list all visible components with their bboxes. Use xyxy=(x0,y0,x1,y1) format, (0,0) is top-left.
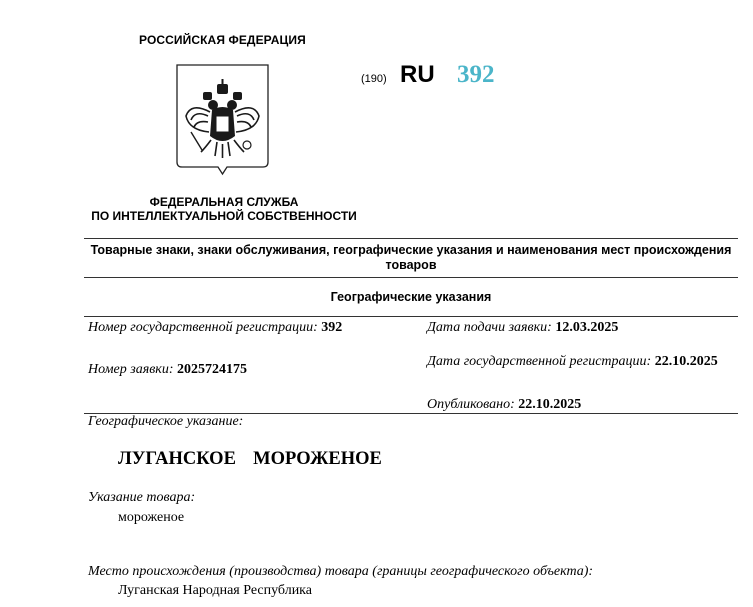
field-value: 22.10.2025 xyxy=(518,397,581,412)
field-label: Дата подачи заявки: xyxy=(427,320,552,335)
divider xyxy=(84,277,738,278)
agency-line-1: ФЕДЕРАЛЬНАЯ СЛУЖБА xyxy=(84,195,364,209)
application-number-field: Номер заявки: 2025724175 xyxy=(88,362,247,378)
goods-label: Указание товара: xyxy=(88,490,195,506)
geographical-indication-name: ЛУГАНСКОЕ МОРОЖЕНОЕ xyxy=(118,449,382,470)
published-date-field: Опубликовано: 22.10.2025 xyxy=(427,397,581,413)
country-code: RU xyxy=(400,61,435,89)
field-label: Номер заявки: xyxy=(88,362,173,377)
agency-name: ФЕДЕРАЛЬНАЯ СЛУЖБА ПО ИНТЕЛЛЕКТУАЛЬНОЙ С… xyxy=(84,195,364,223)
origin-label: Место происхождения (производства) товар… xyxy=(88,564,593,580)
agency-line-2: ПО ИНТЕЛЛЕКТУАЛЬНОЙ СОБСТВЕННОСТИ xyxy=(84,209,364,223)
inid-code-190: (190) xyxy=(361,73,387,85)
registration-number-field: Номер государственной регистрации: 392 xyxy=(88,320,342,336)
subsection-title: Географические указания xyxy=(84,290,738,304)
goods-value: мороженое xyxy=(118,510,184,526)
country-heading: РОССИЙСКАЯ ФЕДЕРАЦИЯ xyxy=(139,33,306,47)
field-label: Дата государственной регистрации: xyxy=(427,354,651,369)
field-label: Номер государственной регистрации: xyxy=(88,320,318,335)
field-value: 2025724175 xyxy=(177,362,247,377)
field-value: 392 xyxy=(321,320,342,335)
section-title: Товарные знаки, знаки обслуживания, геог… xyxy=(84,243,738,273)
russian-coat-of-arms-icon xyxy=(175,64,270,180)
divider xyxy=(84,238,738,239)
registration-date-field: Дата государственной регистрации: 22.10.… xyxy=(427,354,718,370)
origin-value: Луганская Народная Республика xyxy=(118,583,312,599)
field-value: 22.10.2025 xyxy=(655,354,718,369)
divider xyxy=(84,316,738,317)
field-value: 12.03.2025 xyxy=(555,320,618,335)
document-number: 392 xyxy=(457,61,495,89)
field-label: Опубликовано: xyxy=(427,397,515,412)
application-date-field: Дата подачи заявки: 12.03.2025 xyxy=(427,320,618,336)
geographical-indication-label: Географическое указание: xyxy=(88,414,243,430)
